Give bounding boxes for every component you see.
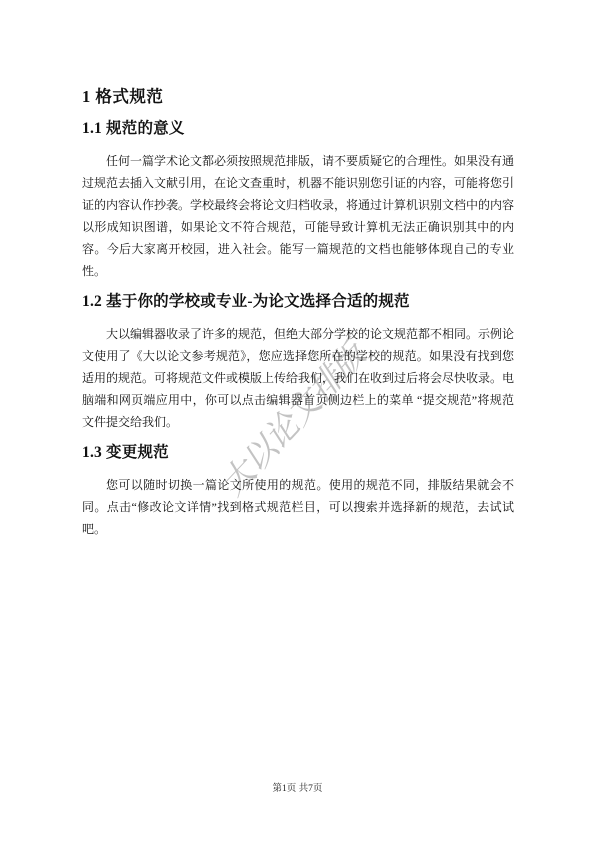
section-heading-1-3: 1.3 变更规范 (82, 444, 514, 461)
paragraph-1-3: 您可以随时切换一篇论文所使用的规范。使用的规范不同，排版结果就会不同。点击“修改… (82, 474, 514, 540)
document-content: 1 格式规范 1.1 规范的意义 任何一篇学术论文都必须按照规范排版，请不要质疑… (82, 88, 514, 551)
paragraph-1-1: 任何一篇学术论文都必须按照规范排版，请不要质疑它的合理性。如果没有通过规范去插入… (82, 150, 514, 282)
section-heading-1: 1 格式规范 (82, 88, 514, 106)
section-heading-1-1: 1.1 规范的意义 (82, 120, 514, 137)
document-page: 大以论文排版 1 格式规范 1.1 规范的意义 任何一篇学术论文都必须按照规范排… (0, 0, 595, 842)
paragraph-1-2: 大以编辑器收录了许多的规范，但绝大部分学校的论文规范都不相同。示例论文使用了《大… (82, 323, 514, 433)
page-number: 第1页 共7页 (0, 780, 595, 794)
section-heading-1-2: 1.2 基于你的学校或专业-为论文选择合适的规范 (82, 293, 514, 310)
